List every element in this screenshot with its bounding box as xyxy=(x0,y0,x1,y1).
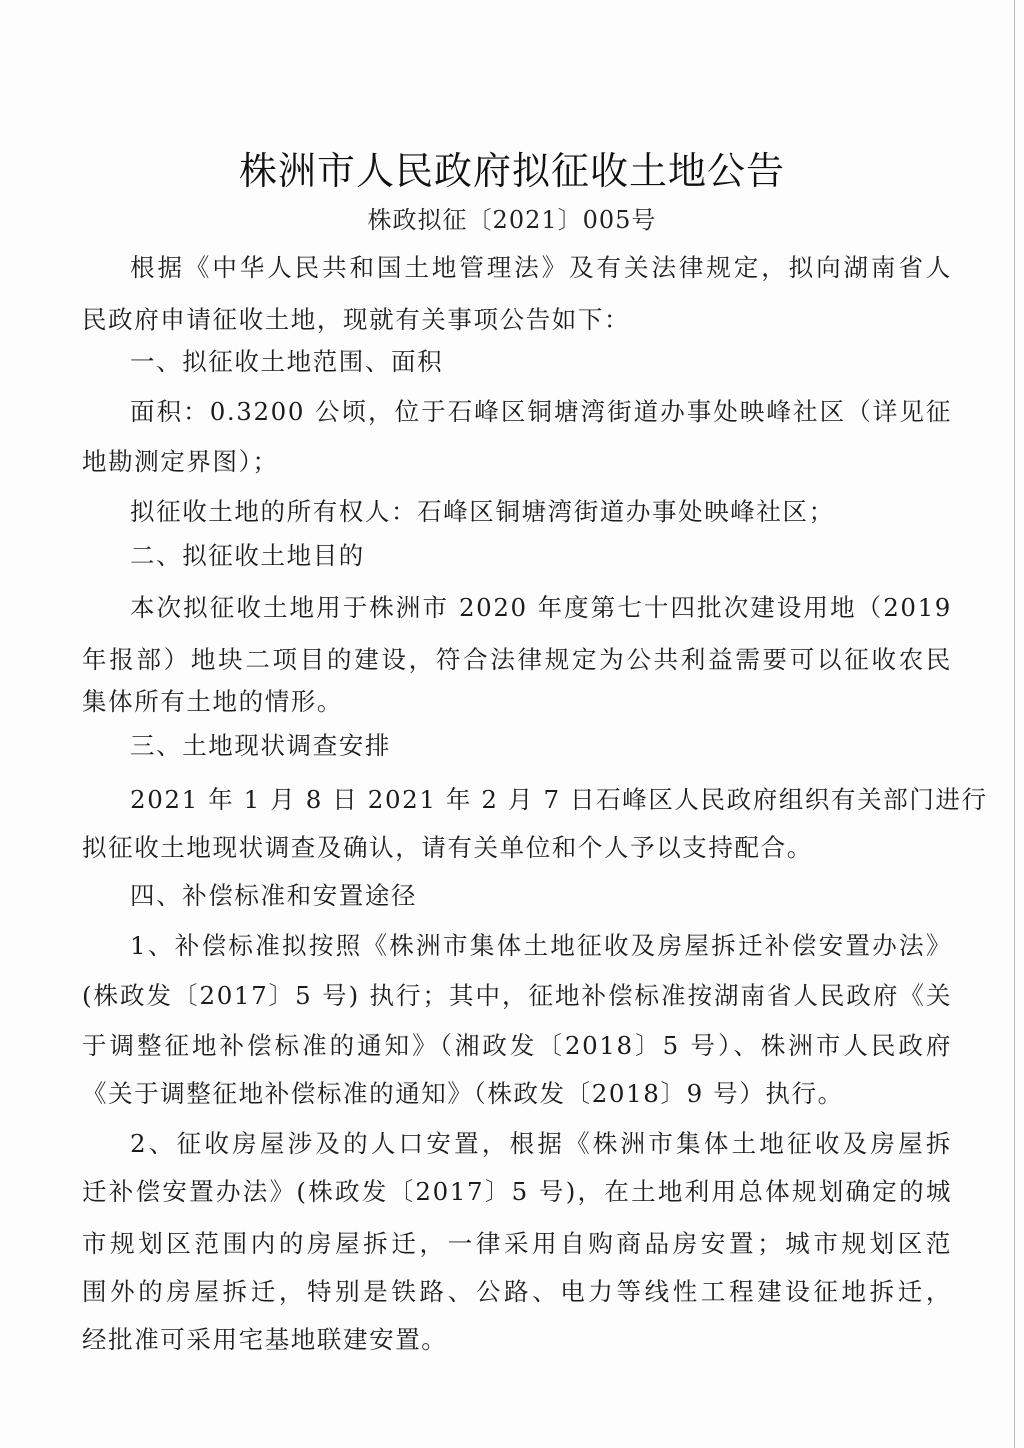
notice-title: 株洲市人民政府拟征收土地公告 xyxy=(0,140,1024,195)
section-heading-2: 二、拟征收土地目的 xyxy=(130,540,952,572)
paragraph-line: 集体所有土地的情形。 xyxy=(82,686,952,718)
paragraph-line: 围外的房屋拆迁，特别是铁路、公路、电力等线性工程建设征地拆迁， xyxy=(82,1276,952,1308)
paragraph-line: 1、补偿标准拟按照《株洲市集体土地征收及房屋拆迁补偿安置办法》 xyxy=(130,930,952,962)
paragraph-line: 民政府申请征收土地，现就有关事项公告如下： xyxy=(82,304,952,336)
paragraph-line: (株政发〔2017〕5 号) 执行；其中，征地补偿标准按湖南省人民政府《关 xyxy=(82,980,952,1012)
paragraph-line: 本次拟征收土地用于株洲市 2020 年度第七十四批次建设用地（2019 xyxy=(130,592,952,624)
paragraph-line: 经批准可采用宅基地联建安置。 xyxy=(82,1324,952,1356)
document-page: 株洲市人民政府拟征收土地公告 株政拟征〔2021〕005号 根据《中华人民共和国… xyxy=(0,0,1024,1448)
section-heading-1: 一、拟征收土地范围、面积 xyxy=(130,346,952,378)
paragraph-line: 根据《中华人民共和国土地管理法》及有关法律规定，拟向湖南省人 xyxy=(130,252,952,284)
paragraph-line: 市规划区范围内的房屋拆迁，一律采用自购商品房安置；城市规划区范 xyxy=(82,1228,952,1260)
paragraph-line: 2、征收房屋涉及的人口安置，根据《株洲市集体土地征收及房屋拆 xyxy=(130,1128,952,1160)
section-heading-4: 四、补偿标准和安置途径 xyxy=(130,880,952,912)
paragraph-line: 拟征收土地现状调查及确认，请有关单位和个人予以支持配合。 xyxy=(82,832,952,864)
paragraph-line: 于调整征地补偿标准的通知》（湘政发〔2018〕5 号）、株洲市人民政府 xyxy=(82,1030,952,1062)
paragraph-line: 《关于调整征地补偿标准的通知》（株政发〔2018〕9 号）执行。 xyxy=(82,1078,952,1110)
paragraph-line: 迁补偿安置办法》(株政发〔2017〕5 号)，在土地利用总体规划确定的城 xyxy=(82,1176,952,1208)
paragraph-line: 年报部）地块二项目的建设，符合法律规定为公共利益需要可以征收农民 xyxy=(82,644,952,676)
paragraph-line: 2021 年 1 月 8 日 2021 年 2 月 7 日石峰区人民政府组织有关… xyxy=(130,784,952,816)
paragraph-line: 拟征收土地的所有权人：石峰区铜塘湾街道办事处映峰社区； xyxy=(130,496,952,528)
paragraph-line: 地勘测定界图）； xyxy=(82,446,952,478)
document-number: 株政拟征〔2021〕005号 xyxy=(0,200,1024,235)
section-heading-3: 三、土地现状调查安排 xyxy=(130,730,952,762)
paragraph-line: 面积：0.3200 公顷，位于石峰区铜塘湾街道办事处映峰社区（详见征 xyxy=(130,396,952,428)
